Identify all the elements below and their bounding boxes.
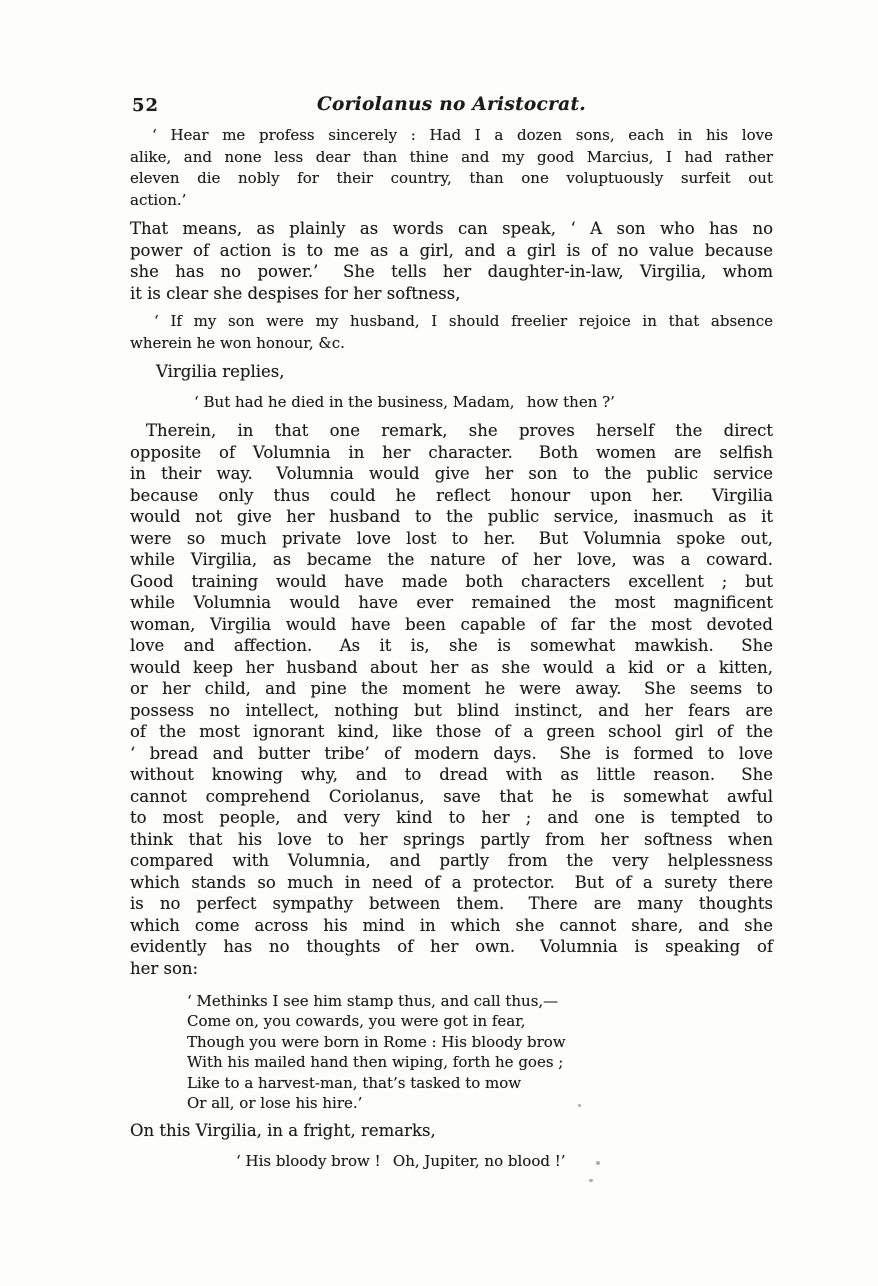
text-line: in their way. Volumnia would give her so… [130,463,773,485]
text-line: while Volumnia would have ever remained … [130,592,773,614]
running-title: Coriolanus no Aristocrat. [130,94,773,115]
text-line: Though you were born in Rome : His blood… [187,1032,773,1052]
paragraph-block: Virgilia replies, [130,361,773,383]
paragraph-block: On this Virgilia, in a fright, remarks, [130,1120,773,1142]
text-line: her son: [130,958,773,980]
text-line: ‘ If my son were my husband, I should fr… [130,311,773,333]
text-line: Or all, or lose his hire.’ [187,1093,773,1113]
text-line: Therein, in that one remark, she proves … [130,420,773,442]
text-line: while Virgilia, as became the nature of … [130,549,773,571]
scan-artifact [578,1104,581,1107]
text-line: compared with Volumnia, and partly from … [130,850,773,872]
text-line: think that his love to her springs partl… [130,829,773,851]
text-line: of the most ignorant kind, like those of… [130,721,773,743]
page-number: 52 [132,95,159,116]
text-line: woman, Virgilia would have been capable … [130,614,773,636]
text-line: or her child, and pine the moment he wer… [130,678,773,700]
text-line: would not give her husband to the public… [130,506,773,528]
scan-artifact [589,1179,593,1182]
text-line: ‘ His bloody brow ! Oh, Jupiter, no bloo… [236,1151,773,1173]
page-header: 52 Coriolanus no Aristocrat. [130,94,773,118]
quote-block: ‘ If my son were my husband, I should fr… [130,311,773,354]
text-line: ‘ Methinks I see him stamp thus, and cal… [187,991,773,1011]
paragraph-block: That means, as plainly as words can spea… [130,218,773,304]
text-line: Virgilia replies, [130,361,773,383]
text-line: is no perfect sympathy between them. The… [130,893,773,915]
text-line: which come across his mind in which she … [130,915,773,937]
verse-block: ‘ Methinks I see him stamp thus, and cal… [187,991,773,1113]
text-line: without knowing why, and to dread with a… [130,764,773,786]
text-line: Come on, you cowards, you were got in fe… [187,1011,773,1031]
text-line: Like to a harvest-man, that’s tasked to … [187,1073,773,1093]
text-line: to most people, and very kind to her ; a… [130,807,773,829]
quote-block: ‘ Hear me profess sincerely : Had I a do… [130,125,773,211]
text-line: cannot comprehend Coriolanus, save that … [130,786,773,808]
text-line: would keep her husband about her as she … [130,657,773,679]
text-line: were so much private love lost to her. B… [130,528,773,550]
text-line: evidently has no thoughts of her own. Vo… [130,936,773,958]
text-line: ‘ But had he died in the business, Madam… [194,392,773,414]
text-line: action.’ [130,190,773,212]
quote-line-block: ‘ His bloody brow ! Oh, Jupiter, no bloo… [236,1151,773,1173]
scan-artifact [596,1161,600,1165]
text-line: because only thus could he reflect honou… [130,485,773,507]
text-line: love and affection. As it is, she is som… [130,635,773,657]
text-line: Good training would have made both chara… [130,571,773,593]
text-line: which stands so much in need of a protec… [130,872,773,894]
book-page-scan: 52 Coriolanus no Aristocrat. ‘ Hear me p… [0,0,878,1286]
text-line: That means, as plainly as words can spea… [130,218,773,240]
text-line: alike, and none less dear than thine and… [130,147,773,169]
text-line: it is clear she despises for her softnes… [130,283,773,305]
text-line: possess no intellect, nothing but blind … [130,700,773,722]
quote-line-block: ‘ But had he died in the business, Madam… [194,392,773,414]
text-line: wherein he won honour, &c. [130,333,773,355]
text-column: 52 Coriolanus no Aristocrat. ‘ Hear me p… [130,94,773,1172]
paragraph-block: Therein, in that one remark, she proves … [130,420,773,979]
text-line: With his mailed hand then wiping, forth … [187,1052,773,1072]
text-line: opposite of Volumnia in her character. B… [130,442,773,464]
text-line: On this Virgilia, in a fright, remarks, [130,1120,773,1142]
text-line: she has no power.’ She tells her daughte… [130,261,773,283]
text-line: ‘ Hear me profess sincerely : Had I a do… [130,125,773,147]
text-line: eleven die nobly for their country, than… [130,168,773,190]
text-line: power of action is to me as a girl, and … [130,240,773,262]
text-line: ‘ bread and butter tribe’ of modern days… [130,743,773,765]
text-blocks: ‘ Hear me profess sincerely : Had I a do… [130,125,773,1172]
